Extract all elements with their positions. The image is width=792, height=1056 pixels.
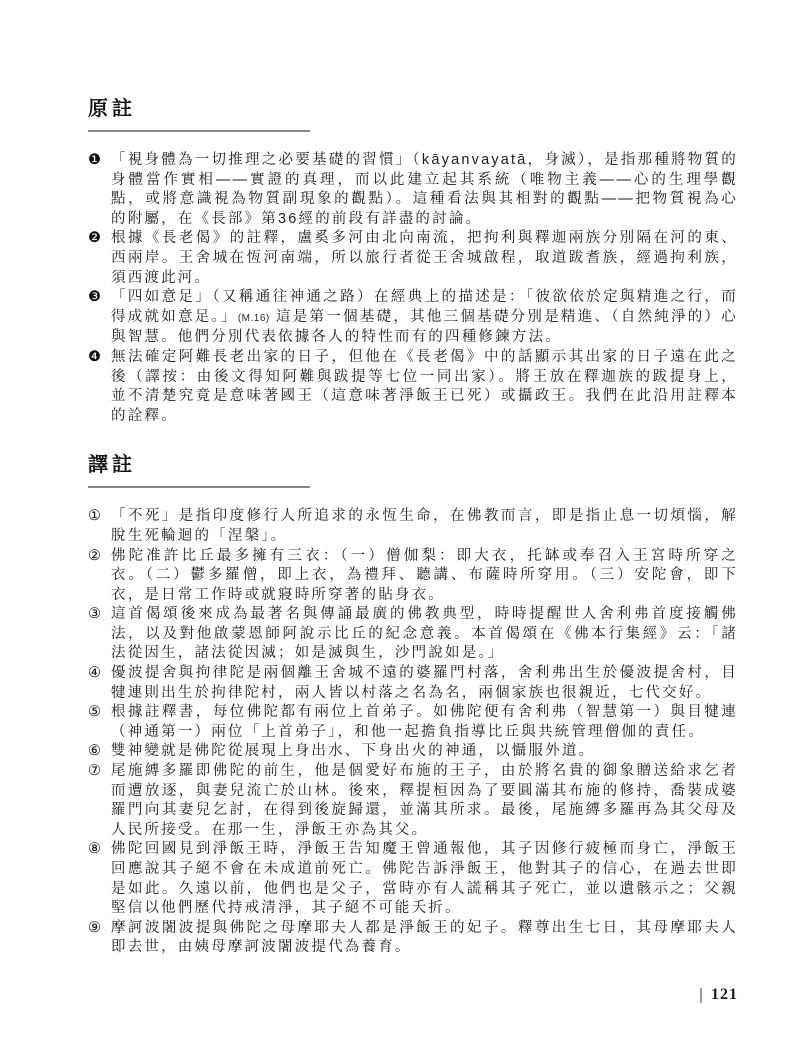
footnote-text: 尾施縛多羅即佛陀的前生，他是個愛好布施的王子，由於將名貴的御象贈送給求乞者而遭放… bbox=[111, 762, 738, 840]
footnote-text: 雙神變就是佛陀從展現上身出水、下身出火的神通，以懾服外道。 bbox=[111, 742, 738, 762]
section-original-notes: 原註 ❶ 「視身體為一切推理之必要基礎的習慣」（kāyanvayatā，身滅），… bbox=[88, 92, 738, 426]
section-translator-notes: 譯註 ① 「不死」是指印度修行人所追求的永恆生命，在佛教而言，即是指止息一切煩惱… bbox=[88, 448, 738, 958]
footnote-marker: ① bbox=[88, 507, 111, 527]
footnote-marker: ❷ bbox=[88, 229, 111, 249]
footnote-text: 佛陀回國見到淨飯王時，淨飯王告知魔王曾通報他，其子因修行疲極而身亡，淨飯王回應說… bbox=[111, 840, 738, 918]
original-notes-list: ❶ 「視身體為一切推理之必要基礎的習慣」（kāyanvayatā，身滅），是指那… bbox=[88, 151, 738, 426]
footnote-marker: ❸ bbox=[88, 288, 111, 308]
footnote-item: ⑨ 摩訶波闍波提與佛陀之母摩耶夫人都是淨飯王的妃子。釋尊出生七日，其母摩耶夫人即… bbox=[88, 919, 738, 958]
footnote-item: ⑥ 雙神變就是佛陀從展現上身出水、下身出火的神通，以懾服外道。 bbox=[88, 742, 738, 762]
page-number-block: 121 bbox=[700, 986, 738, 1004]
footnote-item: ③ 這首偈頌後來成為最著名與傳誦最廣的佛教典型，時時提醒世人舍利弗首度接觸佛法，… bbox=[88, 605, 738, 664]
citation-ref: (M.16) bbox=[238, 313, 270, 324]
footnote-marker: ③ bbox=[88, 605, 111, 625]
footnote-text: 「不死」是指印度修行人所追求的永恆生命，在佛教而言，即是指止息一切煩惱，解脫生死… bbox=[111, 507, 738, 546]
footnote-text: 佛陀准許比丘最多擁有三衣：（一）僧伽梨：即大衣，托缽或奉召入王宮時所穿之衣。（二… bbox=[111, 547, 738, 606]
footnote-text: 無法確定阿難長老出家的日子，但他在《長老偈》中的話顯示其出家的日子遠在此之後（譯… bbox=[111, 348, 738, 426]
footnote-item: ⑧ 佛陀回國見到淨飯王時，淨飯王告知魔王曾通報他，其子因修行疲極而身亡，淨飯王回… bbox=[88, 840, 738, 918]
translator-notes-title: 譯註 bbox=[88, 448, 738, 477]
translator-notes-list: ① 「不死」是指印度修行人所追求的永恆生命，在佛教而言，即是指止息一切煩惱，解脫… bbox=[88, 507, 738, 958]
footnote-text: 「視身體為一切推理之必要基礎的習慣」（kāyanvayatā，身滅），是指那種將… bbox=[111, 151, 738, 229]
footnote-marker: ⑤ bbox=[88, 703, 111, 723]
footnote-item: ⑦ 尾施縛多羅即佛陀的前生，他是個愛好布施的王子，由於將名貴的御象贈送給求乞者而… bbox=[88, 762, 738, 840]
footnote-marker: ❶ bbox=[88, 151, 111, 171]
footnote-item: ❷ 根據《長老偈》的註釋，盧奚多河由北向南流，把拘利與釋迦兩族分別隔在河的東、西… bbox=[88, 229, 738, 288]
translator-notes-title-rule bbox=[88, 486, 310, 488]
page-number-divider bbox=[700, 988, 702, 1003]
footnote-item: ④ 優波提舍與拘律陀是兩個離王舍城不遠的婆羅門村落，舍利弗出生於優波提舍村，目犍… bbox=[88, 664, 738, 703]
footnote-marker: ⑥ bbox=[88, 742, 111, 762]
page-content: 原註 ❶ 「視身體為一切推理之必要基礎的習慣」（kāyanvayatā，身滅），… bbox=[88, 92, 738, 980]
footnote-item: ② 佛陀准許比丘最多擁有三衣：（一）僧伽梨：即大衣，托缽或奉召入王宮時所穿之衣。… bbox=[88, 547, 738, 606]
footnote-marker: ④ bbox=[88, 664, 111, 684]
original-notes-title: 原註 bbox=[88, 92, 738, 121]
book-page: { "page": { "number": "121" }, "sections… bbox=[0, 0, 792, 1056]
footnote-item: ❹ 無法確定阿難長老出家的日子，但他在《長老偈》中的話顯示其出家的日子遠在此之後… bbox=[88, 348, 738, 426]
footnote-marker: ⑧ bbox=[88, 840, 111, 860]
footnote-text: 根據《長老偈》的註釋，盧奚多河由北向南流，把拘利與釋迦兩族分別隔在河的東、西兩岸… bbox=[111, 229, 738, 288]
footnote-text: 這首偈頌後來成為最著名與傳誦最廣的佛教典型，時時提醒世人舍利弗首度接觸佛法，以及… bbox=[111, 605, 738, 664]
footnote-marker: ⑦ bbox=[88, 762, 111, 782]
footnote-marker: ② bbox=[88, 547, 111, 567]
page-number: 121 bbox=[711, 986, 738, 1004]
footnote-item: ⑤ 根據註釋書，每位佛陀都有兩位上首弟子。如佛陀便有舍利弗（智慧第一）與目犍連（… bbox=[88, 703, 738, 742]
footnote-text: 根據註釋書，每位佛陀都有兩位上首弟子。如佛陀便有舍利弗（智慧第一）與目犍連（神通… bbox=[111, 703, 738, 742]
footnote-item: ① 「不死」是指印度修行人所追求的永恆生命，在佛教而言，即是指止息一切煩惱，解脫… bbox=[88, 507, 738, 546]
footnote-text: 優波提舍與拘律陀是兩個離王舍城不遠的婆羅門村落，舍利弗出生於優波提舍村，目犍連則… bbox=[111, 664, 738, 703]
footnote-text: 「四如意足」（又稱通往神通之路）在經典上的描述是：「彼欲依於定與精進之行，而得成… bbox=[111, 288, 738, 348]
footnote-marker: ❹ bbox=[88, 348, 111, 368]
footnote-item: ❸ 「四如意足」（又稱通往神通之路）在經典上的描述是：「彼欲依於定與精進之行，而… bbox=[88, 288, 738, 348]
original-notes-title-rule bbox=[88, 130, 310, 132]
footnote-text: 摩訶波闍波提與佛陀之母摩耶夫人都是淨飯王的妃子。釋尊出生七日，其母摩耶夫人即去世… bbox=[111, 919, 738, 958]
footnote-item: ❶ 「視身體為一切推理之必要基礎的習慣」（kāyanvayatā，身滅），是指那… bbox=[88, 151, 738, 229]
footnote-marker: ⑨ bbox=[88, 919, 111, 939]
